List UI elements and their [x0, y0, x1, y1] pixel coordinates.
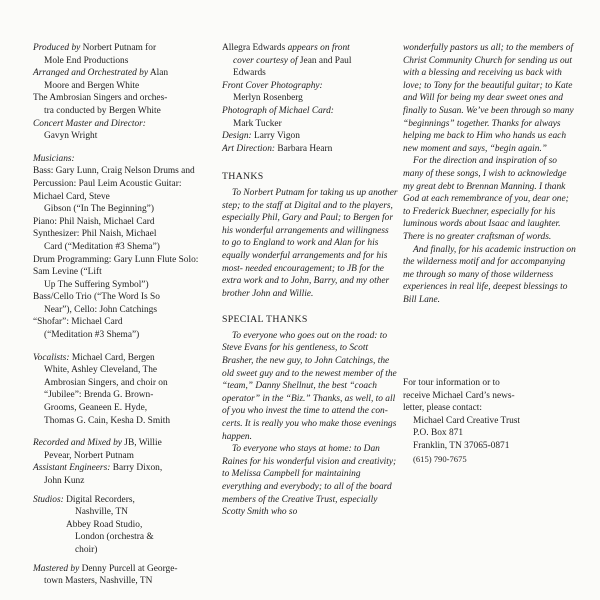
orchestra-credit: The Ambrosian Singers and orches- tra co…	[33, 92, 203, 117]
recorded-credit: Recorded and Mixed by JB, Willie Pevear,…	[33, 437, 203, 462]
thanks-paragraph: To Norbert Putnam for taking us up anoth…	[222, 187, 398, 300]
mc-photo-credit: Photograph of Michael Card: Mark Tucker	[222, 105, 398, 130]
contact-organization: Michael Card Creative Trust	[403, 415, 577, 428]
special-thanks-paragraph-2: To everyone who stays at home: to Dan Ra…	[222, 443, 398, 519]
special-thanks-heading: SPECIAL THANKS	[222, 314, 398, 327]
contact-phone: (615) 790-7675	[403, 453, 577, 466]
contact-block: For tour information or to receive Micha…	[403, 377, 577, 465]
design-credit: Design: Larry Vigon	[222, 130, 398, 143]
front-photo-credit: Front Cover Photography: Merlyn Rosenber…	[222, 80, 398, 105]
art-direction-credit: Art Direction: Barbara Hearn	[222, 143, 398, 156]
concert-master-credit: Concert Master and Director: Gavyn Wrigh…	[33, 118, 203, 143]
produced-by-credit: Produced by Norbert Putnam for Mole End …	[33, 42, 203, 67]
mastered-credit: Mastered by Denny Purcell at George- tow…	[33, 563, 203, 588]
manning-buechner-paragraph: For the direction and inspiration of so …	[403, 155, 577, 243]
contact-po-box: P.O. Box 871	[403, 427, 577, 440]
thanks-heading: THANKS	[222, 171, 398, 184]
thanks-column: Allegra Edwards appears on front cover c…	[222, 42, 398, 519]
cover-credit: Allegra Edwards appears on front cover c…	[222, 42, 398, 80]
studios-credit: Studios: Digital Recorders, Nashville, T…	[33, 494, 203, 557]
musicians-label: Musicians:	[33, 154, 75, 164]
special-thanks-paragraph-1: To everyone who goes out on the road: to…	[222, 330, 398, 443]
musicians-list: Bass: Gary Lunn, Craig Nelson Drums and …	[33, 165, 203, 341]
vocalists-credit: Vocalists: Michael Card, Bergen White, A…	[33, 352, 203, 428]
thanks-continued-paragraph: wonderfully pastors us all; to the membe…	[403, 42, 577, 155]
contact-city: Franklin, TN 37065-0871	[403, 440, 577, 453]
bill-lane-paragraph: And finally, for his academic instructio…	[403, 244, 577, 307]
credit-role: Produced by	[33, 43, 80, 53]
thanks-continued-column: wonderfully pastors us all; to the membe…	[403, 0, 577, 306]
assistant-engineers-credit: Assistant Engineers: Barry Dixon, John K…	[33, 462, 203, 487]
arranged-by-credit: Arranged and Orchestrated by Alan Moore …	[33, 67, 203, 92]
credits-column: Produced by Norbert Putnam for Mole End …	[33, 42, 203, 588]
